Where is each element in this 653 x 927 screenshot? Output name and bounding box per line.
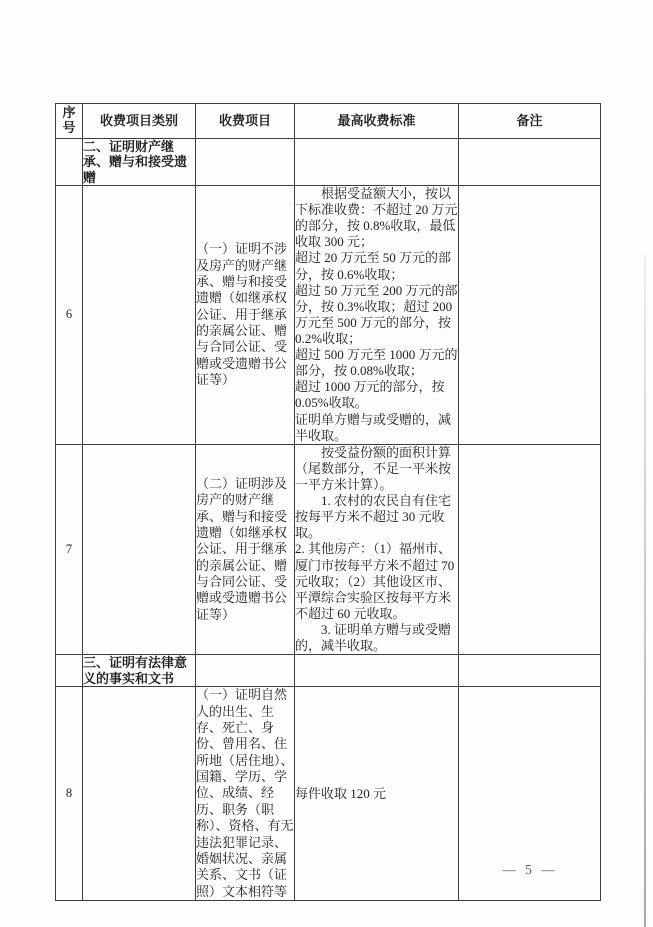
serial-number-cell: 8 — [56, 687, 83, 901]
fee-item-row: 7（二）证明涉及房产的财产继承、赠与和接受遗赠（如继承权公证、用于继承的亲属公证… — [56, 444, 601, 654]
fee-standard-paragraph: 超过 500 万元至 1000 万元的部分，按 0.08%收取； — [295, 347, 458, 379]
category-row: 二、证明财产继承、赠与和接受遗赠 — [56, 139, 601, 186]
fee-standard-paragraph: 3. 证明单方赠与或受赠的，减半收取。 — [295, 622, 458, 654]
fee-category-cell — [83, 687, 196, 901]
fee-table-body: 二、证明财产继承、赠与和接受遗赠6（一）证明不涉及房产的财产继承、赠与和接受遗赠… — [56, 139, 601, 901]
fee-standard-paragraph: 证明单方赠与或受赠的，减半收取。 — [295, 412, 458, 444]
fee-item-cell: （二）证明涉及房产的财产继承、赠与和接受遗赠（如继承权公证、用于继承的亲属公证、… — [196, 444, 295, 654]
fee-standard-paragraph: 1. 农村的农民自有住宅按每平方米不超过 30 元收取。 — [295, 493, 458, 541]
fee-standard-paragraph: 按受益份额的面积计算（尾数部分，不足一平米按一平方米计算）。 — [295, 445, 458, 493]
fee-item-cell — [196, 139, 295, 186]
remarks-cell — [459, 139, 601, 186]
fee-item-cell — [196, 655, 295, 687]
serial-number-cell: 6 — [56, 186, 83, 445]
remarks-cell — [459, 655, 601, 687]
fee-item-cell: （一）证明不涉及房产的财产继承、赠与和接受遗赠（如继承权公证、用于继承的亲属公证… — [196, 186, 295, 445]
fee-item-cell: （一）证明自然人的出生、生存、死亡、身份、曾用名、住所地（居住地）、国籍、学历、… — [196, 687, 295, 901]
max-fee-standard-cell: 按受益份额的面积计算（尾数部分，不足一平米按一平方米计算）。 1. 农村的农民自… — [295, 444, 459, 654]
fee-table-header: 序号 收费项目类别 收费项目 最高收费标准 备注 — [56, 104, 601, 139]
header-remarks: 备注 — [459, 104, 601, 139]
max-fee-standard-cell — [295, 139, 459, 186]
fee-category-cell: 三、证明有法律意义的事实和文书 — [83, 655, 196, 687]
header-fee-item: 收费项目 — [196, 104, 295, 139]
remarks-cell — [459, 444, 601, 654]
fee-table: 序号 收费项目类别 收费项目 最高收费标准 备注 二、证明财产继承、赠与和接受遗… — [55, 103, 601, 901]
scan-edge-artifact — [644, 255, 646, 927]
serial-number-cell: 7 — [56, 444, 83, 654]
fee-category-cell — [83, 444, 196, 654]
fee-category-cell: 二、证明财产继承、赠与和接受遗赠 — [83, 139, 196, 186]
serial-number-cell — [56, 655, 83, 687]
header-max-fee-standard: 最高收费标准 — [295, 104, 459, 139]
max-fee-standard-cell — [295, 655, 459, 687]
fee-category-cell — [83, 186, 196, 445]
remarks-cell — [459, 186, 601, 445]
max-fee-standard-cell: 根据受益额大小，按以下标准收费：不超过 20 万元的部分，按 0.8%收取，最低… — [295, 186, 459, 445]
page-number: — 5 — — [470, 862, 590, 878]
fee-item-row: 6（一）证明不涉及房产的财产继承、赠与和接受遗赠（如继承权公证、用于继承的亲属公… — [56, 186, 601, 445]
header-serial-number: 序号 — [56, 104, 83, 139]
header-row: 序号 收费项目类别 收费项目 最高收费标准 备注 — [56, 104, 601, 139]
max-fee-standard-cell: 每件收取 120 元 — [295, 687, 459, 901]
fee-standard-paragraph: 根据受益额大小，按以下标准收费：不超过 20 万元的部分，按 0.8%收取，最低… — [295, 186, 458, 250]
fee-standard-paragraph: 每件收取 120 元 — [295, 786, 458, 802]
document-page: 序号 收费项目类别 收费项目 最高收费标准 备注 二、证明财产继承、赠与和接受遗… — [0, 0, 653, 927]
fee-standard-paragraph: 2. 其他房产：（1）福州市、厦门市按每平方米不超过 70 元收取；（2）其他设… — [295, 541, 458, 622]
category-row: 三、证明有法律意义的事实和文书 — [56, 655, 601, 687]
serial-number-cell — [56, 139, 83, 186]
fee-standard-paragraph: 超过 20 万元至 50 万元的部分，按 0.6%收取； — [295, 250, 458, 282]
header-fee-category: 收费项目类别 — [83, 104, 196, 139]
fee-standard-paragraph: 超过 1000 万元的部分，按 0.05%收取。 — [295, 379, 458, 411]
fee-standard-paragraph: 超过 50 万元至 200 万元的部分，按 0.3%收取；超过 200 万元至 … — [295, 283, 458, 347]
